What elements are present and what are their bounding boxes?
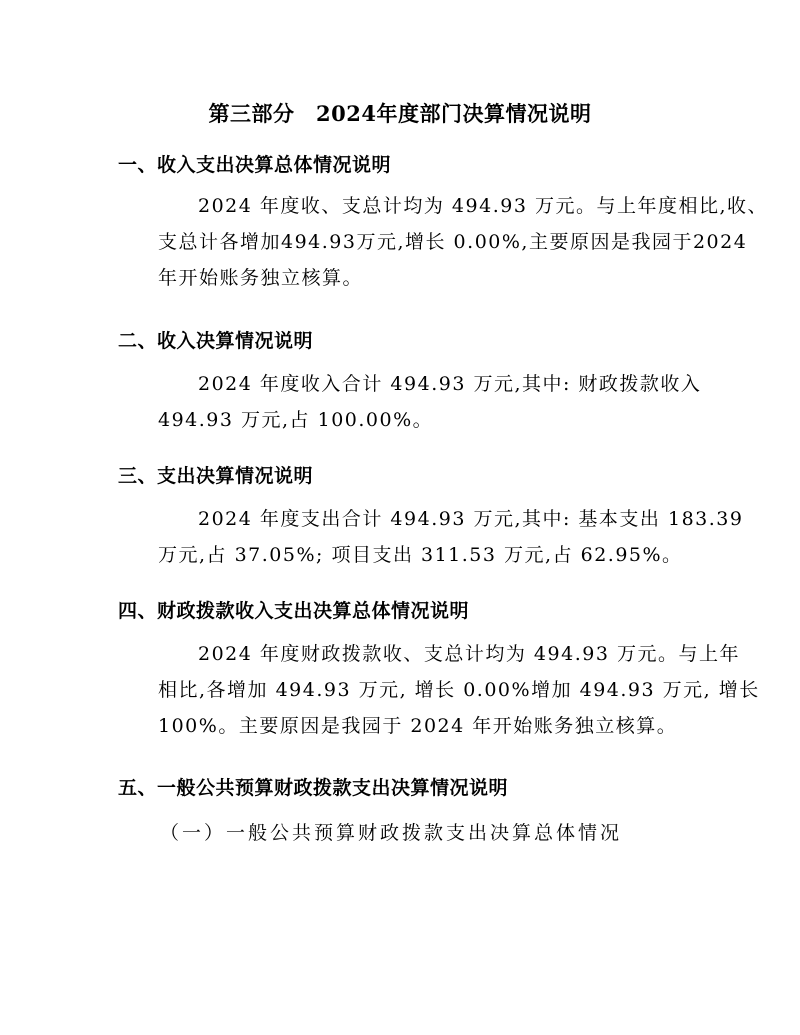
paragraph-line: 2024 年度支出合计 494.93 万元,其中: 基本支出 183.39 [118,501,688,537]
paragraph-line: 相比,各增加 494.93 万元, 增长 0.00%增加 494.93 万元, … [118,672,688,708]
section-heading-1: 一、收入支出决算总体情况说明 [118,150,391,177]
paragraph-line: 年开始账务独立核算。 [118,260,688,296]
page-title: 第三部分 2024年度部门决算情况说明 [0,98,800,128]
section-paragraph-2: 2024 年度收入合计 494.93 万元,其中: 财政拨款收入 494.93 … [118,366,688,438]
paragraph-line: 2024 年度收、支总计均为 494.93 万元。与上年度相比,收、 [118,188,688,224]
paragraph-line: 2024 年度收入合计 494.93 万元,其中: 财政拨款收入 [118,366,688,402]
section-paragraph-1: 2024 年度收、支总计均为 494.93 万元。与上年度相比,收、 支总计各增… [118,188,688,296]
section-heading-2: 二、收入决算情况说明 [118,326,313,353]
section-heading-4: 四、财政拨款收入支出决算总体情况说明 [118,596,469,623]
paragraph-line: 494.93 万元,占 100.00%。 [118,402,688,438]
subsection-heading-5-1: （一）一般公共预算财政拨款支出决算总体情况 [160,818,622,845]
document-page: 第三部分 2024年度部门决算情况说明 一、收入支出决算总体情况说明 2024 … [0,0,800,1035]
section-heading-5: 五、一般公共预算财政拨款支出决算情况说明 [118,773,508,800]
section-paragraph-3: 2024 年度支出合计 494.93 万元,其中: 基本支出 183.39 万元… [118,501,688,573]
section-heading-3: 三、支出决算情况说明 [118,461,313,488]
paragraph-line: 100%。主要原因是我园于 2024 年开始账务独立核算。 [118,708,688,744]
paragraph-line: 2024 年度财政拨款收、支总计均为 494.93 万元。与上年 [118,636,688,672]
paragraph-line: 支总计各增加494.93万元,增长 0.00%,主要原因是我园于2024 [118,224,688,260]
paragraph-line: 万元,占 37.05%; 项目支出 311.53 万元,占 62.95%。 [118,537,688,573]
section-paragraph-4: 2024 年度财政拨款收、支总计均为 494.93 万元。与上年 相比,各增加 … [118,636,688,744]
